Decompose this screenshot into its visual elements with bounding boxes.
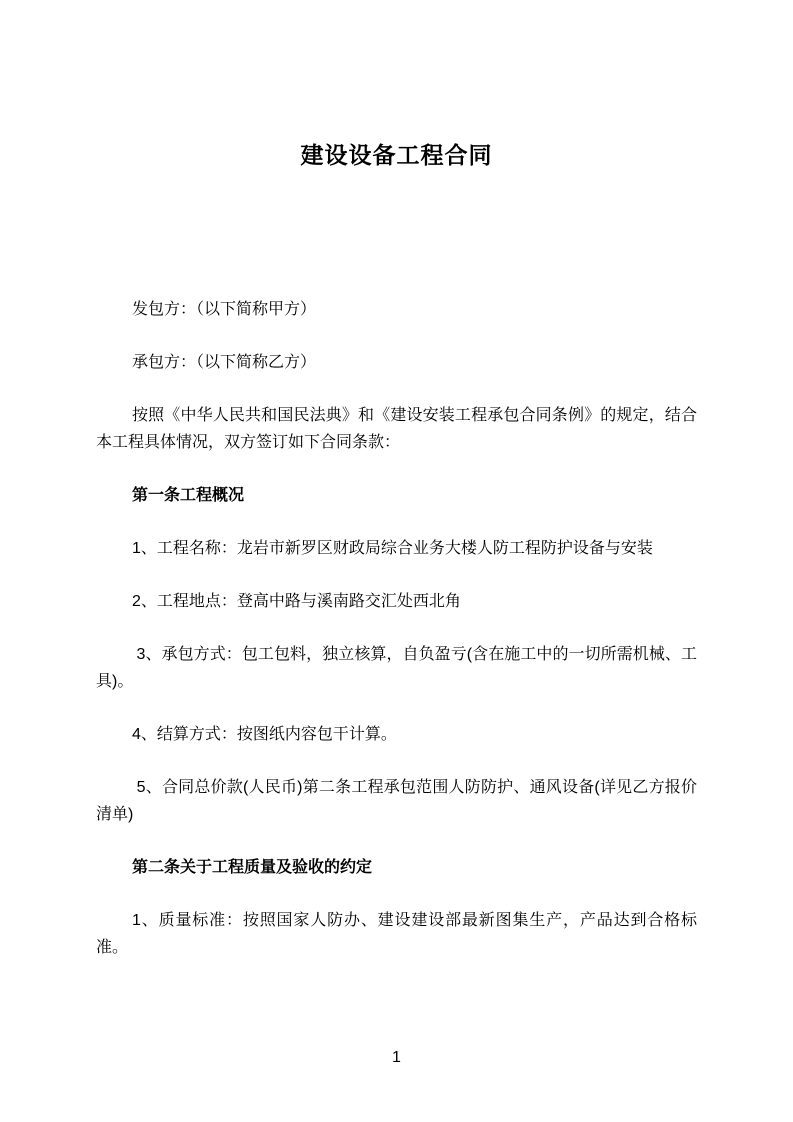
clause-contracting-method: 3、承包方式：包工包料，独立核算，自负盈亏(含在施工中的一切所需机械、工具)。 xyxy=(96,641,697,695)
document-title-text: 建设设备工程合同 xyxy=(301,142,493,168)
clause-settlement-method: 4、结算方式：按图纸内容包干计算。 xyxy=(96,721,697,748)
party-a-line: 发包方：（以下简称甲方） xyxy=(96,296,697,323)
article-2-heading: 第二条关于工程质量及验收的约定 xyxy=(96,854,697,881)
clause-project-name: 1、工程名称：龙岩市新罗区财政局综合业务大楼人防工程防护设备与安装 xyxy=(96,535,697,562)
clause-total-price: 5、合同总价款(人民币)第二条工程承包范围人防防护、通风设备(详见乙方报价清单) xyxy=(96,774,697,828)
clause-project-location: 2、工程地点：登高中路与溪南路交汇处西北角 xyxy=(96,588,697,615)
article-1-heading: 第一条工程概况 xyxy=(96,482,697,509)
page-content: 建设设备工程合同 发包方：（以下简称甲方） 承包方：（以下简称乙方） 按照《中华… xyxy=(0,0,793,961)
contract-page: 建设设备工程合同 发包方：（以下简称甲方） 承包方：（以下简称乙方） 按照《中华… xyxy=(0,0,793,1122)
party-b-line: 承包方：（以下简称乙方） xyxy=(96,349,697,376)
clause-quality-standard: 1、质量标准：按照国家人防办、建设建设部最新图集生产，产品达到合格标准。 xyxy=(96,907,697,961)
page-number: 1 xyxy=(0,1048,793,1068)
document-title: 建设设备工程合同 xyxy=(96,140,697,170)
preamble-paragraph: 按照《中华人民共和国民法典》和《建设安装工程承包合同条例》的规定，结合本工程具体… xyxy=(96,402,697,456)
